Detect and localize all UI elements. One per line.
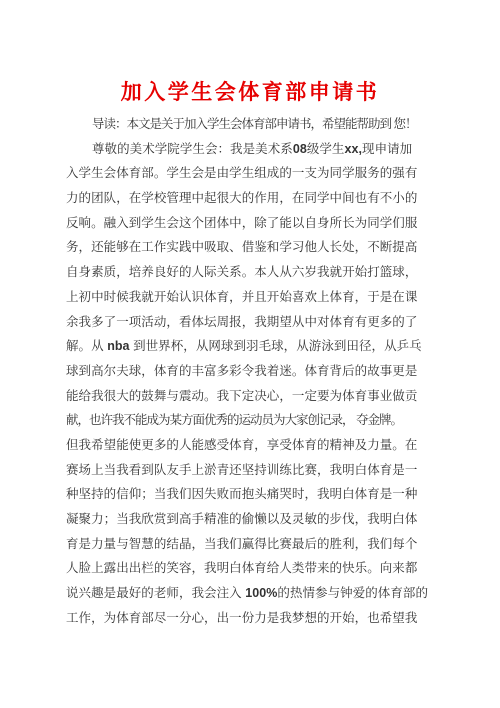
text-line: 能给我很大的鼓舞与震动。我下定决心，一定要为体育事业做贡 (66, 384, 430, 409)
text-line: 力的团队，在学校管理中起很大的作用，在同学中间也有不小的 (66, 186, 430, 211)
text-line: 导读：本文是关于加入学生会体育部申请书，希望能帮助到 您！ (66, 112, 430, 137)
text-line: 献，也许我不能成为某方面优秀的运动员为大家创记录， 夺金牌。 (66, 408, 430, 433)
text-line: 说兴趣是最好的老师，我会注入 100%的热情参与钟爱的体育部的 (66, 581, 430, 606)
emphasis-text: 100% (245, 586, 277, 600)
body-text: 上初中时候我就开始认识体育，并且开始喜欢上体育，于是在课 (66, 290, 417, 304)
body-text: 人脸上露出出栏的笑容，我明白体育给人类带来的快乐。向来都 (66, 561, 417, 575)
text-line: 球到高尔夫球，体育的丰富多彩令我着迷。体育背后的故事更是 (66, 359, 430, 384)
body-text: 自身素质，培养良好的人际关系。本人从六岁我就开始打篮球， (66, 265, 417, 279)
text-line: 余我多了一项活动，看体坛周报，我期望从中对体育有更多的了 (66, 310, 430, 335)
page-title: 加入学生会体育部申请书 (0, 76, 500, 106)
body-text: 育是力量与智慧的结晶，当我们赢得比赛最后的胜利，我们每个 (66, 537, 417, 551)
text-line: 凝聚力；当我欣赏到高手精准的偷懒以及灵敏的步伐，我明白体 (66, 507, 430, 532)
body-text: 余我多了一项活动，看体坛周报，我期望从中对体育有更多的了 (66, 315, 417, 329)
body-text: 的热情参与钟爱的体育部的 (277, 586, 428, 600)
body-text: 球到高尔夫球，体育的丰富多彩令我着迷。体育背后的故事更是 (66, 364, 417, 378)
body-text: 到世界杯，从网球到羽毛球，从游泳到田径，从乒乓 (130, 339, 422, 353)
body-text: 赛场上当我看到队友手上淤青还坚持训练比赛，我明白体育是一 (66, 463, 417, 477)
text-line: 务，还能够在工作实践中吸取、借鉴和学习他人长处，不断提高 (66, 235, 430, 260)
document-body: 导读：本文是关于加入学生会体育部申请书，希望能帮助到 您！尊敬的美术学院学生会：… (66, 112, 430, 630)
body-text: 现申请加 (362, 142, 412, 156)
body-text: 级学生 (307, 142, 345, 156)
text-line: 赛场上当我看到队友手上淤青还坚持训练比赛，我明白体育是一 (66, 458, 430, 483)
body-text: 种坚持的信仰；当我们因失败而抱头痛哭时，我明白体育是一种 (66, 487, 417, 501)
emphasis-text: xx, (344, 142, 362, 156)
body-text: 力的团队，在学校管理中起很大的作用，在同学中间也有不小的 (66, 191, 417, 205)
emphasis-text: nba (107, 339, 129, 353)
body-text: 但我希望能使更多的人能感受体育，享受体育的精神及力量。在 (66, 438, 417, 452)
text-line: 反响。融入到学生会这个团体中，除了能以自身所长为同学们服 (66, 211, 430, 236)
body-text: 能给我很大的鼓舞与震动。我下定决心，一定要为体育事业做贡 (66, 389, 417, 403)
document-page: 加入学生会体育部申请书 导读：本文是关于加入学生会体育部申请书，希望能帮助到 您… (0, 0, 500, 708)
text-line: 尊敬的美术学院学生会：我是美术系08级学生xx,现申请加 (66, 137, 430, 162)
body-text: 务，还能够在工作实践中吸取、借鉴和学习他人长处，不断提高 (66, 240, 417, 254)
text-line: 上初中时候我就开始认识体育，并且开始喜欢上体育，于是在课 (66, 285, 430, 310)
body-text: 尊敬的美术学院学生会：我是美术系 (92, 142, 293, 156)
body-text: 献，也许我不能成为某方面优秀的运动员为大家创记录， 夺金牌。 (66, 413, 402, 427)
body-text: 工作，为体育部尽一分心，出一份力是我梦想的开始，也希望我 (66, 611, 417, 625)
text-line: 育是力量与智慧的结晶，当我们赢得比赛最后的胜利，我们每个 (66, 532, 430, 557)
text-line: 解。从 nba 到世界杯，从网球到羽毛球，从游泳到田径，从乒乓 (66, 334, 430, 359)
body-text: 入学生会体育部。学生会是由学生组成的一支为同学服务的强有 (66, 166, 417, 180)
text-line: 但我希望能使更多的人能感受体育，享受体育的精神及力量。在 (66, 433, 430, 458)
emphasis-text: 08 (293, 142, 307, 156)
text-line: 自身素质，培养良好的人际关系。本人从六岁我就开始打篮球， (66, 260, 430, 285)
body-text: 解。从 (66, 339, 107, 353)
text-line: 工作，为体育部尽一分心，出一份力是我梦想的开始，也希望我 (66, 606, 430, 631)
text-line: 种坚持的信仰；当我们因失败而抱头痛哭时，我明白体育是一种 (66, 482, 430, 507)
text-line: 入学生会体育部。学生会是由学生组成的一支为同学服务的强有 (66, 161, 430, 186)
text-line: 人脸上露出出栏的笑容，我明白体育给人类带来的快乐。向来都 (66, 556, 430, 581)
body-text: 导读：本文是关于加入学生会体育部申请书，希望能帮助到 您！ (92, 117, 416, 131)
body-text: 说兴趣是最好的老师，我会注入 (66, 586, 245, 600)
body-text: 凝聚力；当我欣赏到高手精准的偷懒以及灵敏的步伐，我明白体 (66, 512, 417, 526)
body-text: 反响。融入到学生会这个团体中，除了能以自身所长为同学们服 (66, 216, 417, 230)
